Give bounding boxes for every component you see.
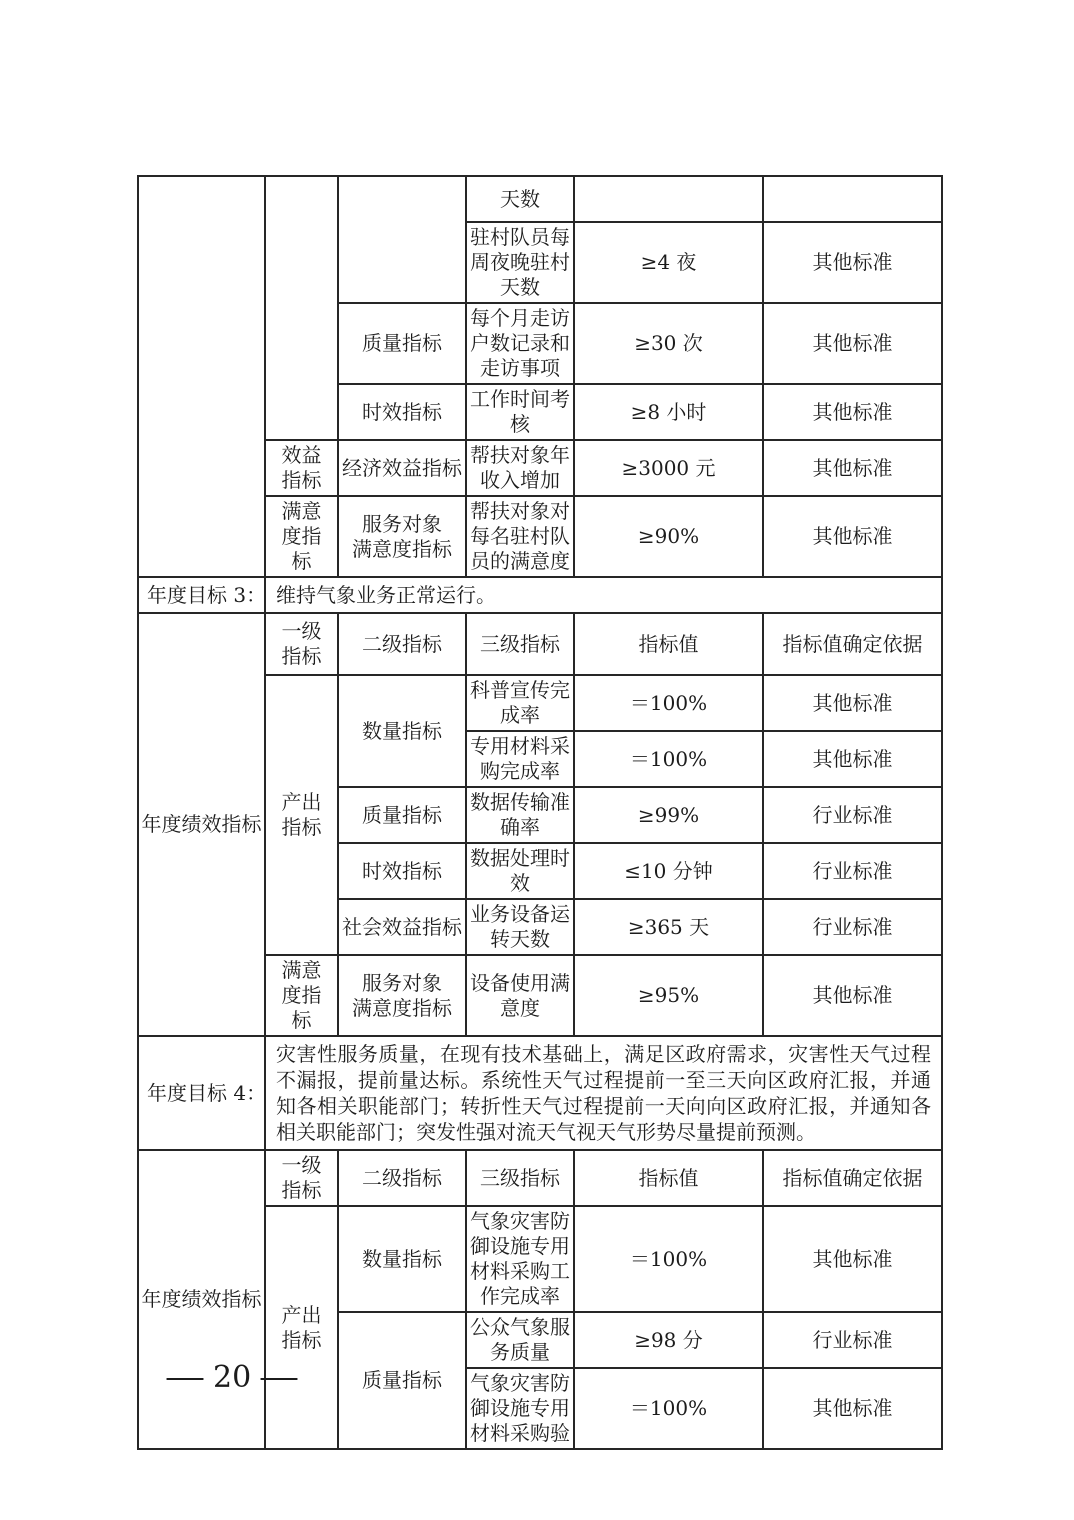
- cell-level2-indicator: 服务对象 满意度指标: [338, 955, 466, 1036]
- cell-indicator-value: ＝100%: [574, 675, 763, 731]
- header-level3: 三级指标: [466, 1150, 574, 1206]
- cell-value-basis: 其他标准: [763, 496, 942, 577]
- cell-annual-indicator-empty: [138, 176, 265, 577]
- cell-indicator-value: [574, 176, 763, 222]
- cell-level3-indicator: 驻村队员每周夜晚驻村天数: [466, 222, 574, 303]
- cell-value-basis: 其他标准: [763, 1206, 942, 1312]
- cell-indicator-value: ＝100%: [574, 731, 763, 787]
- cell-level3-indicator: 每个月走访户数记录和走访事项: [466, 303, 574, 384]
- cell-goal3-label: 年度目标 3：: [138, 577, 265, 613]
- cell-level3-indicator: 数据处理时效: [466, 843, 574, 899]
- table-row: 年度目标 3： 维持气象业务正常运行。: [138, 577, 942, 613]
- cell-indicator-value: ≥98 分: [574, 1312, 763, 1368]
- cell-value-basis: 其他标准: [763, 384, 942, 440]
- cell-value-basis: 行业标准: [763, 1312, 942, 1368]
- header-level1: 一级指标: [265, 1150, 338, 1206]
- footer-dash-left: —: [165, 1360, 206, 1395]
- cell-level2-indicator: 数量指标: [338, 1206, 466, 1312]
- header-basis: 指标值确定依据: [763, 613, 942, 675]
- cell-level3-indicator: 科普宣传完成率: [466, 675, 574, 731]
- cell-indicator-value: ＝100%: [574, 1368, 763, 1449]
- cell-level1-empty: [265, 176, 338, 440]
- cell-level3-indicator: 公众气象服务质量: [466, 1312, 574, 1368]
- header-level2: 二级指标: [338, 613, 466, 675]
- cell-value-basis: 其他标准: [763, 440, 942, 496]
- cell-annual-indicator-label: 年度绩效指标: [138, 613, 265, 1036]
- table-row: 天数: [138, 176, 942, 222]
- cell-level1-indicator: 效益指标: [265, 440, 338, 496]
- cell-level3-indicator: 工作时间考核: [466, 384, 574, 440]
- cell-annual-indicator-label: 年度绩效指标: [138, 1150, 265, 1449]
- cell-level2-indicator: 质量指标: [338, 303, 466, 384]
- cell-value-basis: 其他标准: [763, 222, 942, 303]
- cell-indicator-value: ＝100%: [574, 1206, 763, 1312]
- cell-goal3-text: 维持气象业务正常运行。: [265, 577, 942, 613]
- cell-value-basis: 行业标准: [763, 899, 942, 955]
- page-number: 20: [213, 1360, 251, 1395]
- cell-value-basis: 其他标准: [763, 955, 942, 1036]
- cell-level1-indicator: 产出指标: [265, 1206, 338, 1449]
- cell-level3-indicator: 设备使用满意度: [466, 955, 574, 1036]
- cell-level2-indicator: 服务对象 满意度指标: [338, 496, 466, 577]
- table-row: 年度目标 4： 灾害性服务质量，在现有技术基础上，满足区政府需求，灾害性天气过程…: [138, 1036, 942, 1150]
- cell-level3-indicator: 专用材料采购完成率: [466, 731, 574, 787]
- cell-indicator-value: ≥365 天: [574, 899, 763, 955]
- cell-indicator-value: ≥4 夜: [574, 222, 763, 303]
- cell-level3-indicator: 天数: [466, 176, 574, 222]
- cell-value-basis: 其他标准: [763, 675, 942, 731]
- footer-dash-right: —: [259, 1360, 300, 1395]
- header-level3: 三级指标: [466, 613, 574, 675]
- header-level1: 一级指标: [265, 613, 338, 675]
- cell-indicator-value: ≥30 次: [574, 303, 763, 384]
- cell-value-basis: [763, 176, 942, 222]
- cell-level3-indicator: 业务设备运转天数: [466, 899, 574, 955]
- header-value: 指标值: [574, 613, 763, 675]
- cell-level3-indicator: 帮扶对象年收入增加: [466, 440, 574, 496]
- cell-level2-indicator: 经济效益指标: [338, 440, 466, 496]
- cell-goal4-label: 年度目标 4：: [138, 1036, 265, 1150]
- cell-level2-indicator: 数量指标: [338, 675, 466, 787]
- cell-level1-indicator: 满意度指标: [265, 496, 338, 577]
- cell-indicator-value: ≥90%: [574, 496, 763, 577]
- cell-value-basis: 行业标准: [763, 787, 942, 843]
- cell-indicator-value: ≥95%: [574, 955, 763, 1036]
- cell-indicator-value: ≥8 小时: [574, 384, 763, 440]
- cell-level2-indicator: 质量指标: [338, 787, 466, 843]
- cell-goal4-text: 灾害性服务质量，在现有技术基础上，满足区政府需求，灾害性天气过程不漏报，提前量达…: [265, 1036, 942, 1150]
- cell-level3-indicator: 气象灾害防御设施专用材料采购工作完成率: [466, 1206, 574, 1312]
- cell-value-basis: 行业标准: [763, 843, 942, 899]
- cell-indicator-value: ≤10 分钟: [574, 843, 763, 899]
- cell-level1-indicator: 产出指标: [265, 675, 338, 955]
- cell-level3-indicator: 气象灾害防御设施专用材料采购验: [466, 1368, 574, 1449]
- cell-value-basis: 其他标准: [763, 303, 942, 384]
- table-row: 年度绩效指标 一级指标 二级指标 三级指标 指标值 指标值确定依据: [138, 613, 942, 675]
- cell-level2-indicator: 时效指标: [338, 843, 466, 899]
- header-value: 指标值: [574, 1150, 763, 1206]
- cell-level3-indicator: 数据传输准确率: [466, 787, 574, 843]
- header-basis: 指标值确定依据: [763, 1150, 942, 1206]
- page-footer: — 20 —: [170, 1360, 294, 1395]
- cell-level2-empty: [338, 176, 466, 303]
- cell-level2-indicator: 时效指标: [338, 384, 466, 440]
- header-level2: 二级指标: [338, 1150, 466, 1206]
- cell-indicator-value: ≥3000 元: [574, 440, 763, 496]
- cell-value-basis: 其他标准: [763, 731, 942, 787]
- cell-level2-indicator: 质量指标: [338, 1312, 466, 1449]
- cell-level2-indicator: 社会效益指标: [338, 899, 466, 955]
- cell-value-basis: 其他标准: [763, 1368, 942, 1449]
- cell-level3-indicator: 帮扶对象对每名驻村队员的满意度: [466, 496, 574, 577]
- cell-level1-indicator: 满意度指标: [265, 955, 338, 1036]
- document-page: { "header": { "lvl1": "一级指标", "lvl2": "二…: [0, 0, 1074, 1520]
- table-row: 年度绩效指标 一级指标 二级指标 三级指标 指标值 指标值确定依据: [138, 1150, 942, 1206]
- cell-indicator-value: ≥99%: [574, 787, 763, 843]
- performance-indicator-table: 天数 驻村队员每周夜晚驻村天数 ≥4 夜 其他标准 质量指标 每个月走访户数记录…: [137, 175, 943, 1450]
